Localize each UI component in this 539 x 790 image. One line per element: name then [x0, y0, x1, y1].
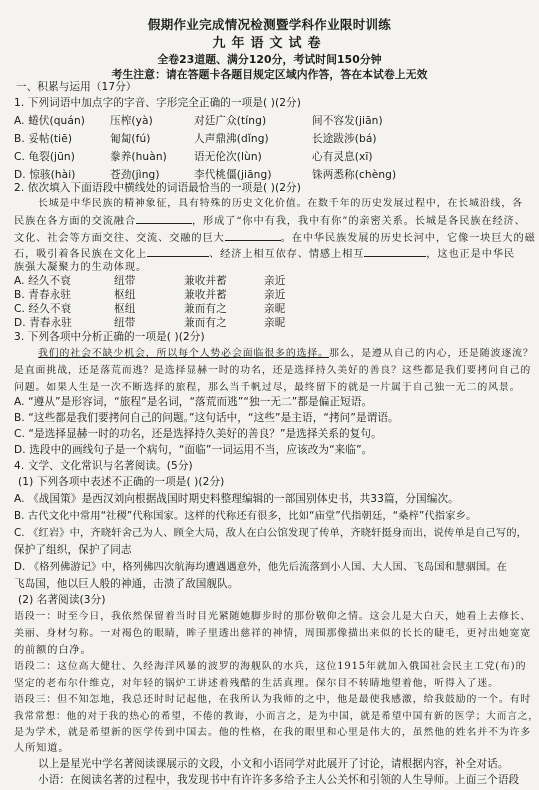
- reading-paragraph: 语段一：时至今日，我依然保留着当时目光紧随她脚步时的那份敬仰之情。这会儿是大白天…: [14, 610, 531, 623]
- q4-2-stem: (2) 名著阅读(3分): [18, 594, 531, 607]
- q4-1-option-c-cont: 保护了组织，保护了同志: [14, 544, 531, 557]
- answer-blank: [136, 213, 192, 224]
- q1-option-a: A. 蜷伏(quán) 压榨(yà) 对廷广众(tíng) 间不容发(jiān): [14, 115, 531, 128]
- q4-1-option-c: C. 《红岩》中，齐晓轩舍己为人、顾全大局，敌人在白公馆发现了传单，齐晓轩挺身而…: [14, 527, 531, 540]
- q2-option-d: D. 青春永驻纽带兼而有之亲昵: [14, 317, 531, 330]
- exam-subtitle: 九年语文试卷: [0, 37, 539, 50]
- q3-option-c: C. “是选择显赫一时的功名，还是选择持久美好的善良？”是选择关系的复句。: [14, 428, 531, 441]
- exam-info: 全卷23道题、满分120分，考试时间150分钟: [0, 53, 539, 66]
- reading-paragraph: 美丽、身材匀称。一对褐色的眼睛，眸子里透出慈祥的神情，周围那像描出来似的长长的睫…: [14, 627, 531, 640]
- q2-option-b: B. 青春永驻枢纽兼收并蓄亲近: [14, 289, 531, 302]
- q1-option-d: D. 惊骇(hài) 苍劲(jìng) 李代桃僵(jiāng) 铢两悉称(chè…: [14, 169, 531, 182]
- reading-paragraph: 人所知道。: [14, 742, 531, 755]
- exam-title: 假期作业完成情况检测暨学科作业限时训练: [0, 18, 539, 31]
- exam-page: 假期作业完成情况检测暨学科作业限时训练 九年语文试卷 全卷23道题、满分120分…: [0, 0, 539, 790]
- q2-passage-line: 族强大凝聚力的生动体现。: [14, 261, 531, 274]
- reading-paragraph: 语段三：但不知怎地，我总还时时记起他，在我所认为我师的之中，他是最使我感激，给我…: [14, 693, 531, 706]
- q3-passage-line: 我们的社会不缺少机会，所以每个人势必会面临很多的选择。那么，是遵从自己的内心，还…: [14, 347, 531, 360]
- q2-option-c: C. 经久不衰枢纽兼而有之亲昵: [14, 303, 531, 316]
- exam-notice: 考生注意：请在答题卡各题目规定区域内作答，答在本试卷上无效: [0, 68, 539, 81]
- reading-paragraph: 的前额的白净。: [14, 644, 531, 657]
- answer-blank: [225, 230, 281, 241]
- q2-passage-line: 文化、社会等方面交往、交流、交融的巨大。在中华民族发展的历史长河中，它像一块巨大…: [14, 230, 531, 245]
- q2-passage-line: 长城是中华民族的精神象征，具有特殊的历史文化价值。在数千年的历史发展过程中，在长…: [14, 197, 531, 210]
- reading-paragraph: 语段二：这位高大健壮、久经海洋风暴的波罗的海舰队的水兵，这位1915年就加入俄国…: [14, 660, 531, 673]
- q2-option-a: A. 经久不衰纽带兼收并蓄亲近: [14, 275, 531, 288]
- q4-1-stem: (1) 下列各项中表述不正确的一项是( )(2分): [18, 476, 531, 489]
- q1-option-c: C. 龟裂(jūn) 豢养(huàn) 语无伦次(lùn) 心有灵息(xī): [14, 151, 531, 164]
- xiaoyu-line: 小语：在阅读名著的过程中，我发现书中有许许多多给予主人公关怀和引领的人生导师。上…: [14, 774, 531, 787]
- reading-paragraph: 我常常想：他的对于我的热心的希望，不倦的教诲，小而言之，是为中国，就是希望中国有…: [14, 710, 531, 723]
- reading-paragraph: 是为学术，就是希望新的医学传到中国去。他的性格，在我的眼里和心里是伟大的，虽然他…: [14, 726, 531, 739]
- q3-stem: 3. 下列各项中分析正确的一项是( )(2分): [14, 331, 531, 344]
- q3-option-d: D. 选段中的画线句子是一个病句，“面临”一词运用不当，应该改为“来临”。: [14, 444, 531, 457]
- q2-stem: 2. 依次填入下面语段中横线处的词语最恰当的一项是( )(2分): [14, 182, 531, 195]
- q3-option-b: B. “这些都是我们要拷问自己的问题。”这句话中，“这些”是主语，“拷问”是谓语…: [14, 412, 531, 425]
- q2-passage-line: 石，吸引着各民族在文化上、经济上相互依存、情感上相互，这也正是中华民: [14, 246, 531, 261]
- q4-1-option-b: B. 古代文化中常用“社稷”代称国家。这样的代称还有很多，比如“庙堂”代指朝廷，…: [14, 510, 531, 523]
- q1-option-b: B. 妥帖(tiē) 匍匐(fú) 人声鼎沸(dǐng) 长途跋涉(bá): [14, 133, 531, 146]
- discussion-intro: 以上是星光中学名著阅读课展示的文段，小文和小语同学对此展开了讨论，请根据内容，补…: [14, 758, 531, 771]
- answer-blank: [364, 246, 426, 257]
- underlined-sentence: 我们的社会不缺少机会，所以每个人势必会面临很多的选择。: [38, 348, 329, 359]
- reading-paragraph: 坚定的老布尔什维克，对年轻的锅炉工讲述着残酷的生活真理。保尔目不转睛地望着他，听…: [14, 677, 531, 690]
- q3-option-a: A. “遵从”是形容词，“旅程”是名词，“落荒而逃”“独一无二”都是偏正短语。: [14, 396, 531, 409]
- q4-1-option-d-cont: 飞岛国，他以巨人般的神通，击溃了敌国舰队。: [14, 578, 531, 591]
- section-heading: 一、积累与运用（17分）: [16, 81, 531, 94]
- q3-passage-line: 是直面挑战，还是落荒而逃？是选择显赫一时的功名，还是选择持久美好的善良？这些都是…: [14, 364, 531, 377]
- q3-passage-line: 问题。如果人生是一次不断选择的旅程，那么当千帆过尽，最终留下的就是一片属于自己独…: [14, 381, 531, 394]
- answer-blank: [147, 246, 209, 257]
- q4-stem: 4. 文学、文化常识与名著阅读。(5分): [14, 460, 531, 473]
- q4-1-option-d: D. 《格列佛游记》中，格列佛四次航海均遭遇遇意外，他先后流落到小人国、大人国、…: [14, 561, 531, 574]
- q4-1-option-a: A. 《战国策》是西汉刘向根据战国时期史料整理编辑的一部国别体史书，共33篇，分…: [14, 493, 531, 506]
- q1-stem: 1. 下列词语中加点字的字音、字形完全正确的一项是( )(2分): [14, 97, 531, 110]
- q2-passage-line: 民族在各方面的交流融合，形成了“你中有我，我中有你”的亲密关系。长城是各民族在经…: [14, 213, 531, 228]
